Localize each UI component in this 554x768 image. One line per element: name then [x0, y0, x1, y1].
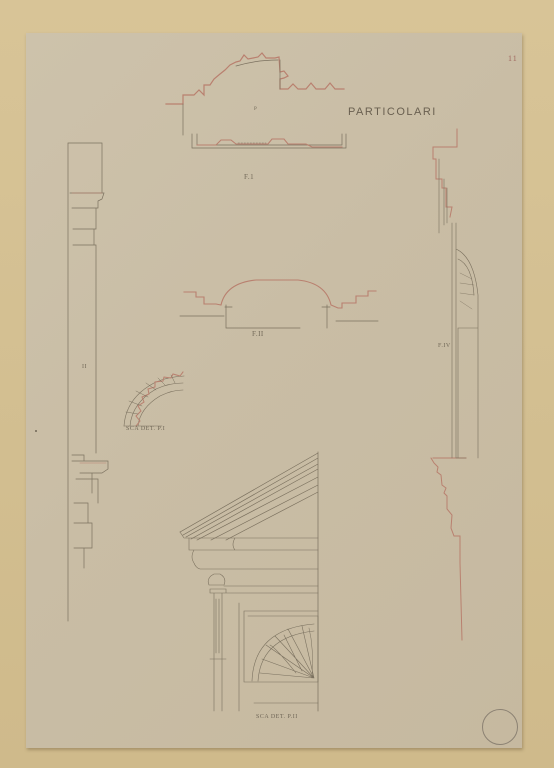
figure-label-right-profile: F.IV — [438, 343, 451, 349]
middle-arch-section — [180, 280, 378, 328]
figure-label-p: P — [254, 107, 257, 112]
drawing-lines — [26, 33, 522, 748]
archive-stamp-icon — [482, 709, 518, 745]
figure-label-pediment: SCA DET. P.II — [256, 714, 298, 720]
figure-label-arch-section: F.II — [252, 330, 264, 338]
figure-label-voussoir: SCA DET. P.I — [126, 426, 165, 432]
sheet-title: PARTICOLARI — [348, 106, 437, 118]
sheet-number: 11 — [508, 54, 518, 63]
margin-mark — [35, 430, 37, 432]
pediment-elevation — [180, 452, 318, 711]
top-cornice-section — [166, 53, 346, 148]
arch-voussoir-detail — [124, 372, 184, 426]
figure-label-left-profile: II — [82, 364, 87, 370]
figure-label-top-cornice: F.1 — [244, 173, 254, 181]
right-vertical-profile — [431, 129, 478, 640]
left-vertical-profile — [68, 143, 108, 621]
drawing-sheet: PARTICOLARI 11 F.1 P F.II SCA DET. P.I S… — [26, 33, 522, 748]
